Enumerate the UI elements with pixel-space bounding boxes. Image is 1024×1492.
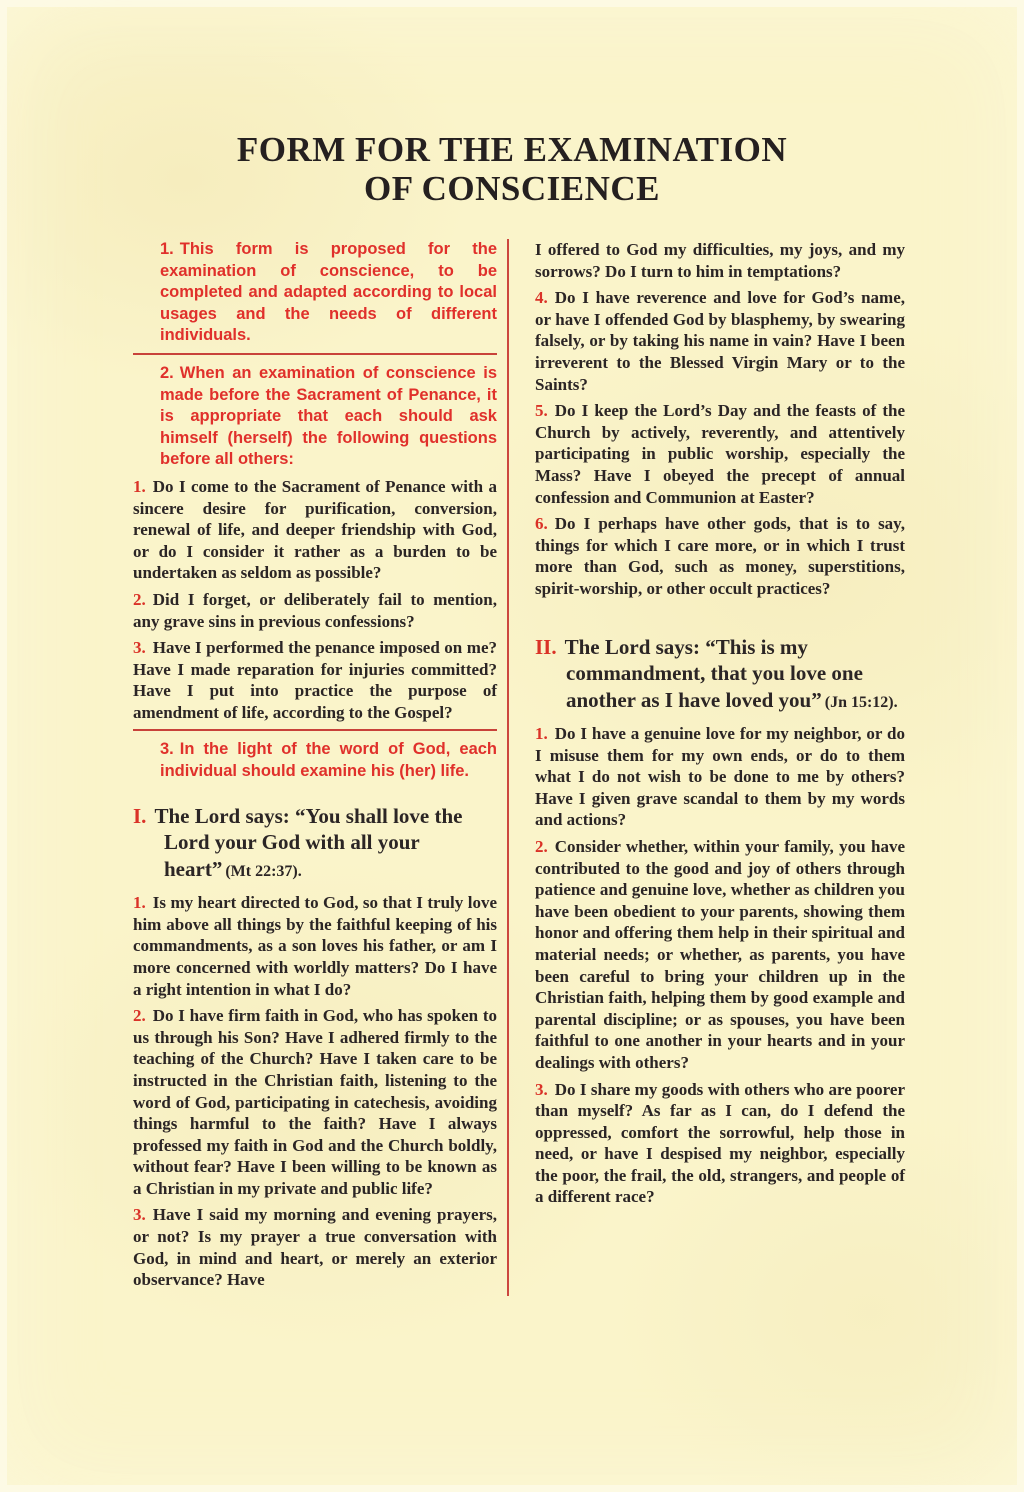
question-number: 3. xyxy=(535,1080,548,1099)
two-column-body: 1.This form is proposed for the examinat… xyxy=(133,239,905,1296)
rubric-text: When an examination of conscience is mad… xyxy=(160,364,497,468)
section-number: II. xyxy=(535,635,557,659)
question-paragraph: 2.Do I have firm faith in God, who has s… xyxy=(133,1005,497,1199)
question-number: 4. xyxy=(535,288,548,307)
continued-paragraph: I offered to God my difficulties, my joy… xyxy=(535,239,905,282)
question-number: 1. xyxy=(133,893,146,912)
question-paragraph: 3.Have I performed the penance imposed o… xyxy=(133,637,497,723)
rubric-text: In the light of the word of God, each in… xyxy=(160,740,497,780)
rubric-paragraph-1: 1.This form is proposed for the examinat… xyxy=(160,239,497,347)
question-paragraph: 2.Did I forget, or deliberately fail to … xyxy=(133,589,497,632)
scripture-reference: (Mt 22:37). xyxy=(225,863,301,880)
rubric-number: 2. xyxy=(160,364,174,382)
question-paragraph: 1.Do I come to the Sacrament of Penance … xyxy=(133,476,497,584)
question-text: Have I said my morning and evening praye… xyxy=(133,1205,497,1289)
section-number: I. xyxy=(133,804,146,828)
question-text: Have I performed the penance imposed on … xyxy=(133,638,497,722)
question-number: 2. xyxy=(133,1006,146,1025)
question-text: Consider whether, within your family, yo… xyxy=(535,837,905,1072)
document-page: FORM FOR THE EXAMINATION OF CONSCIENCE 1… xyxy=(0,0,1024,1492)
question-number: 1. xyxy=(133,477,146,496)
question-text: Do I have a genuine love for my neighbor… xyxy=(535,724,905,829)
question-paragraph: 6.Do I perhaps have other gods, that is … xyxy=(535,513,905,599)
question-text: Do I share my goods with others who are … xyxy=(535,1080,905,1207)
section-heading-2: II.The Lord says: “This is my commandmen… xyxy=(535,634,905,717)
question-text: I offered to God my difficulties, my joy… xyxy=(535,240,905,281)
question-paragraph: 4.Do I have reverence and love for God’s… xyxy=(535,287,905,395)
question-paragraph: 1.Is my heart directed to God, so that I… xyxy=(133,892,497,1000)
section-heading-text: The Lord says: “You shall love the Lord … xyxy=(154,804,462,881)
question-paragraph: 3.Have I said my morning and evening pra… xyxy=(133,1204,497,1290)
page-title-line-1: FORM FOR THE EXAMINATION xyxy=(0,130,1024,169)
question-paragraph: 1.Do I have a genuine love for my neighb… xyxy=(535,723,905,831)
left-column: 1.This form is proposed for the examinat… xyxy=(133,239,497,1296)
question-number: 1. xyxy=(535,724,548,743)
question-paragraph: 3.Do I share my goods with others who ar… xyxy=(535,1079,905,1209)
question-text: Do I keep the Lord’s Day and the feasts … xyxy=(535,401,905,506)
rubric-text: This form is proposed for the examinatio… xyxy=(160,240,497,344)
question-paragraph: 2.Consider whether, within your family, … xyxy=(535,836,905,1074)
question-number: 5. xyxy=(535,401,548,420)
question-number: 2. xyxy=(535,837,548,856)
section-heading-1: I.The Lord says: “You shall love the Lor… xyxy=(133,803,497,886)
question-number: 3. xyxy=(133,638,146,657)
section-heading-text: The Lord says: “This is my commandment, … xyxy=(565,635,863,712)
rubric-paragraph-3: 3.In the light of the word of God, each … xyxy=(160,739,497,782)
question-number: 2. xyxy=(133,590,146,609)
rubric-paragraph-2: 2.When an examination of conscience is m… xyxy=(160,363,497,471)
question-text: Do I perhaps have other gods, that is to… xyxy=(535,514,905,598)
scripture-reference: (Jn 15:12). xyxy=(825,694,898,711)
question-text: Did I forget, or deliberately fail to me… xyxy=(133,590,497,631)
red-rule xyxy=(133,353,497,355)
page-title-line-2: OF CONSCIENCE xyxy=(0,169,1024,208)
question-paragraph: 5.Do I keep the Lord’s Day and the feast… xyxy=(535,400,905,508)
column-divider xyxy=(507,239,509,1296)
rubric-number: 1. xyxy=(160,240,174,258)
right-column: I offered to God my difficulties, my joy… xyxy=(535,239,905,1296)
question-text: Do I have firm faith in God, who has spo… xyxy=(133,1006,497,1198)
rubric-number: 3. xyxy=(160,740,174,758)
page-title: FORM FOR THE EXAMINATION OF CONSCIENCE xyxy=(0,0,1024,208)
red-rule xyxy=(133,729,497,731)
question-text: Do I come to the Sacrament of Penance wi… xyxy=(133,477,497,582)
question-number: 6. xyxy=(535,514,548,533)
question-number: 3. xyxy=(133,1205,146,1224)
question-text: Do I have reverence and love for God’s n… xyxy=(535,288,905,393)
question-text: Is my heart directed to God, so that I t… xyxy=(133,893,497,998)
